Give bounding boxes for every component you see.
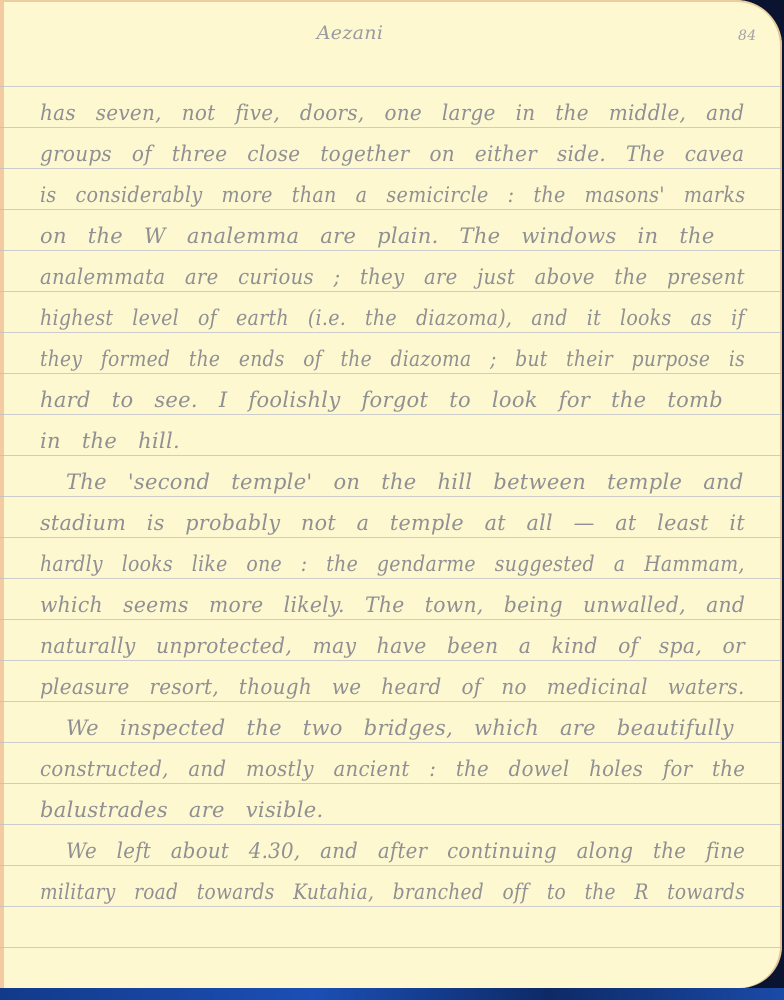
ruled-line [0, 168, 782, 169]
ruled-line [0, 496, 782, 497]
handwritten-line: We inspected the two bridges, which are … [66, 718, 734, 739]
ruled-line [0, 906, 782, 907]
ruled-line [0, 455, 782, 456]
handwritten-line: on the W analemma are plain. The windows… [40, 226, 715, 247]
ruled-line [0, 537, 782, 538]
handwritten-line: groups of three close together on either… [40, 144, 744, 165]
page-number: 84 [738, 28, 756, 44]
scanner-background-strip [0, 988, 784, 1000]
ruled-line [0, 947, 782, 948]
ruled-line [0, 86, 782, 87]
ruled-line [0, 127, 782, 128]
ruled-line [0, 619, 782, 620]
handwritten-line: in the hill. [40, 431, 180, 452]
handwritten-line: balustrades are visible. [40, 800, 324, 821]
page-heading: Aezani [300, 22, 400, 44]
ruled-line [0, 701, 782, 702]
ruled-line [0, 742, 782, 743]
handwritten-line: stadium is probably not a temple at all … [40, 513, 745, 534]
handwritten-line: is considerably more than a semicircle :… [40, 185, 745, 206]
ruled-line [0, 660, 782, 661]
ruled-line [0, 414, 782, 415]
ruled-line [0, 209, 782, 210]
handwritten-line: they formed the ends of the diazoma ; bu… [40, 349, 745, 370]
handwritten-line: hardly looks like one : the gendarme sug… [40, 554, 745, 575]
handwritten-line: We left about 4.30, and after continuing… [66, 841, 745, 862]
handwritten-line: which seems more likely. The town, being… [40, 595, 745, 616]
notebook-page: Aezani 84 has seven, not five, doors, on… [0, 0, 782, 988]
ruled-line [0, 250, 782, 251]
handwritten-line: has seven, not five, doors, one large in… [40, 103, 744, 124]
handwritten-line: constructed, and mostly ancient : the do… [40, 759, 745, 780]
ruled-line [0, 373, 782, 374]
handwritten-line: highest level of earth (i.e. the diazoma… [40, 308, 745, 329]
ruled-line [0, 332, 782, 333]
scanned-notebook-page: Aezani 84 has seven, not five, doors, on… [0, 0, 784, 1000]
handwritten-line: naturally unprotected, may have been a k… [40, 636, 745, 657]
handwritten-line: hard to see. I foolishly forgot to look … [40, 390, 723, 411]
ruled-line [0, 824, 782, 825]
handwritten-line: pleasure resort, though we heard of no m… [40, 677, 745, 698]
handwritten-line: analemmata are curious ; they are just a… [40, 267, 745, 288]
ruled-line [0, 783, 782, 784]
ruled-line [0, 865, 782, 866]
ruled-line [0, 291, 782, 292]
handwritten-line: The 'second temple' on the hill between … [66, 472, 744, 493]
ruled-line [0, 578, 782, 579]
handwritten-line: military road towards Kutahia, branched … [40, 882, 745, 903]
